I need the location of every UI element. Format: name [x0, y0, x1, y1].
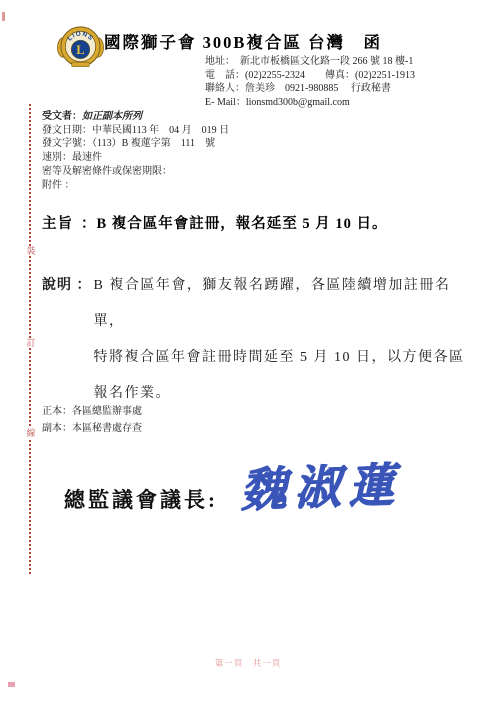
subject-separator: ： [81, 216, 97, 232]
recipient-line: 受文者：如正副本所列 [42, 110, 229, 124]
recipient-value: 如正副本所列 [82, 111, 142, 122]
page-number-footer: 第一頁 共一頁 [0, 657, 496, 669]
explanation-line: 報名作業。 [94, 376, 473, 412]
attachment-line: 附件 ： [42, 179, 229, 193]
duplicate-copy-line: 副本：本區秘書處存查 [42, 420, 142, 437]
binding-char-zhuang: 裝 [24, 246, 38, 256]
explanation-line: 特將複合區年會註冊時間延至 5 月 10 日，以方便各區 [94, 340, 473, 376]
original-copy-line: 正本：各區總監辦事處 [42, 403, 142, 420]
explanation-line: B 複合區年會，獅友報名踴躍，各區陸續增加註冊名單， [94, 268, 473, 340]
official-letter-page: 裝 訂 線 LIONS L 國際獅子會 300B複合區 台灣 函 地址： 新北市… [0, 0, 496, 703]
issue-date-line: 發文日期：中華民國113 年 04 月 019 日 [42, 124, 229, 138]
subject-text: B 複合區年會註冊，報名延至 5 月 10 日。 [97, 216, 388, 232]
scan-mark-bottom [8, 682, 15, 687]
classification-line: 密等及解密條件或保密期限： [42, 165, 229, 179]
signature-handwriting: 魏淑蓮 [239, 455, 403, 521]
subject-line: 主旨：B 複合區年會註冊，報名延至 5 月 10 日。 [42, 212, 388, 233]
explanation-label: 說明 ： [42, 268, 92, 412]
lions-club-emblem-icon: LIONS L [57, 23, 104, 70]
signature-row: 總監議會議長: 魏淑蓮 [64, 458, 402, 518]
subject-label: 主旨 [42, 216, 73, 232]
contact-email: E- Mail：lionsmd300b@gmail.com [205, 96, 415, 110]
contact-phone-fax: 電 話：(02)2255-2324 傳真：(02)2251-1913 [205, 69, 415, 83]
signature-title-label: 總監議會議長: [64, 484, 218, 514]
contact-person: 聯絡人：詹美珍 0921-980885 行政秘書 [205, 82, 415, 96]
contact-address: 地址： 新北市板橋區文化路一段 266 號 18 樓-1 [205, 55, 415, 69]
recipient-label: 受文者： [42, 111, 82, 122]
binding-char-xian: 線 [24, 428, 38, 438]
doc-number-line: 發文字號：（113）B 複蓮字第 111 號 [42, 137, 229, 151]
document-title: 國際獅子會 300B複合區 台灣 函 [104, 29, 382, 53]
emblem-center-letter: L [76, 43, 84, 57]
explanation-body: B 複合區年會，獅友報名踴躍，各區陸續增加註冊名單， 特將複合區年會註冊時間延至… [94, 268, 473, 412]
document-meta: 受文者：如正副本所列 發文日期：中華民國113 年 04 月 019 日 發文字… [42, 110, 229, 192]
binding-line: 裝 訂 線 [29, 104, 31, 574]
explanation-section: 說明 ： B 複合區年會，獅友報名踴躍，各區陸續增加註冊名單， 特將複合區年會註… [42, 268, 472, 412]
speed-line: 速別：最速件 [42, 151, 229, 165]
copies-block: 正本：各區總監辦事處 副本：本區秘書處存查 [42, 403, 142, 437]
contact-block: 地址： 新北市板橋區文化路一段 266 號 18 樓-1 電 話：(02)225… [205, 55, 415, 109]
binding-char-ding: 訂 [24, 338, 38, 348]
scan-mark-top [2, 12, 5, 21]
